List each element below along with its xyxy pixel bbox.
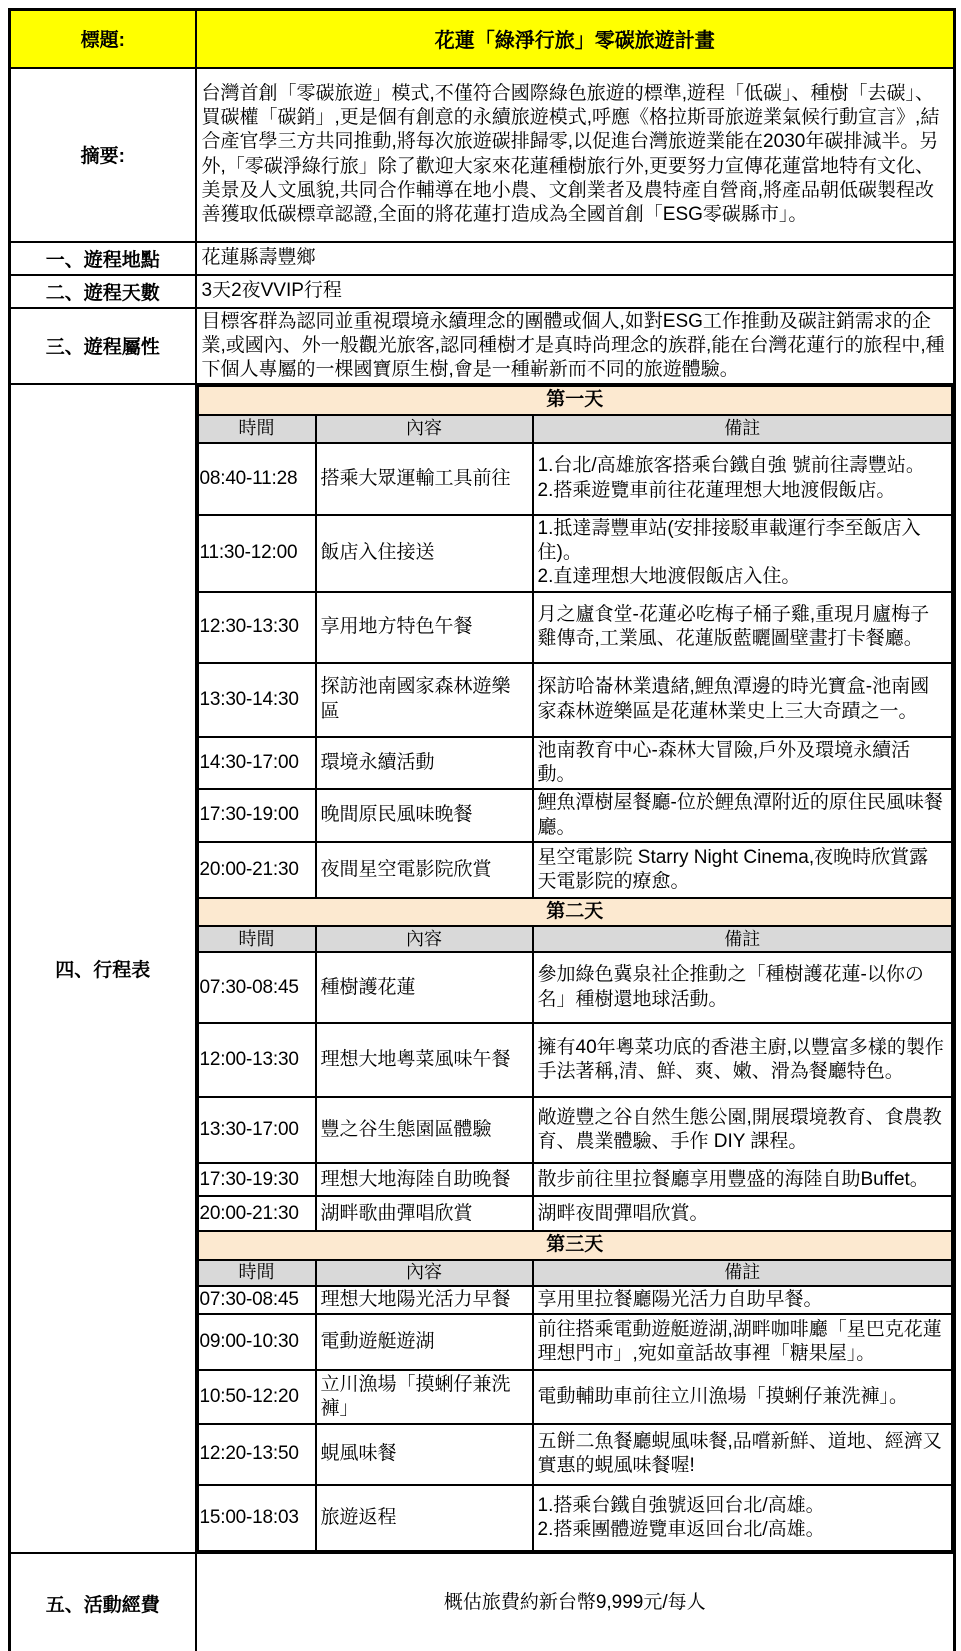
- note-cell: 敞遊豐之谷自然生態公園,開展環境教育、食農教育、農業體驗、手作 DIY 課程。: [533, 1097, 953, 1163]
- note-cell: 鯉魚潭樹屋餐廳-位於鯉魚潭附近的原住民風味餐廳。: [533, 789, 953, 842]
- column-header-time: 時間: [198, 415, 316, 443]
- day-banner: 第二天: [198, 898, 953, 926]
- time-cell: 12:30-13:30: [198, 592, 316, 663]
- note-cell: 1.搭乘台鐵自強號返回台北/高雄。 2.搭乘團體遊覽車返回台北/高雄。: [533, 1485, 953, 1551]
- itinerary-row: 15:00-18:03 旅遊返程 1.搭乘台鐵自強號返回台北/高雄。 2.搭乘團…: [198, 1485, 953, 1551]
- summary-label: 摘要:: [10, 68, 196, 242]
- note-cell: 享用里拉餐廳陽光活力自助早餐。: [533, 1286, 953, 1314]
- column-header-time: 時間: [198, 1260, 316, 1286]
- document-page: 標題: 花蓮「綠淨行旅」零碳旅遊計畫 摘要: 台灣首創「零碳旅遊」模式,不僅符合…: [0, 0, 961, 1651]
- note-cell: 參加綠色冀泉社企推動之「種樹護花蓮-以你の名」種樹還地球活動。: [533, 952, 953, 1023]
- duration-value: 3天2夜VVIP行程: [196, 275, 955, 308]
- column-header-time: 時間: [198, 926, 316, 952]
- content-cell: 理想大地陽光活力早餐: [316, 1286, 533, 1314]
- itinerary-row: 13:30-17:00 豐之谷生態園區體驗 敞遊豐之谷自然生態公園,開展環境教育…: [198, 1097, 953, 1163]
- location-row: 一、遊程地點 花蓮縣壽豐鄉: [10, 242, 955, 275]
- location-value: 花蓮縣壽豐鄉: [196, 242, 955, 275]
- note-cell: 探訪哈崙林業遺緒,鯉魚潭邊的時光寶盒-池南國家森林遊樂區是花蓮林業史上三大奇蹟之…: [533, 663, 953, 737]
- time-cell: 17:30-19:00: [198, 789, 316, 842]
- section-attribute-label: 三、遊程屬性: [10, 308, 196, 385]
- section-budget-label: 五、活動經費: [10, 1553, 196, 1651]
- section-location-label: 一、遊程地點: [10, 242, 196, 275]
- note-cell: 月之廬食堂-花蓮必吃梅子桶子雞,重現月廬梅子雞傳奇,工業風、花蓮版藍曬圖壁畫打卡…: [533, 592, 953, 663]
- section-itinerary-label: 四、行程表: [10, 384, 196, 1552]
- time-cell: 07:30-08:45: [198, 1286, 316, 1314]
- note-cell: 前往搭乘電動遊艇遊湖,湖畔咖啡廳「星巴克花蓮理想門市」,宛如童話故事裡「糖果屋」…: [533, 1314, 953, 1370]
- time-cell: 09:00-10:30: [198, 1314, 316, 1370]
- note-cell: 池南教育中心-森林大冒險,戶外及環境永續活動。: [533, 737, 953, 790]
- itinerary-row: 10:50-12:20 立川漁場「摸蜊仔兼洗褲」 電動輔助車前往立川漁場「摸蜊仔…: [198, 1370, 953, 1424]
- day-3-table: 第三天 時間 內容 備註 07:30-08:45 理想大地陽光活力早餐 享用里拉…: [197, 1230, 954, 1552]
- itinerary-row: 07:30-08:45 種樹護花蓮 參加綠色冀泉社企推動之「種樹護花蓮-以你の名…: [198, 952, 953, 1023]
- content-cell: 探訪池南國家森林遊樂區: [316, 663, 533, 737]
- content-cell: 晚間原民風味晚餐: [316, 789, 533, 842]
- day-banner: 第一天: [198, 386, 953, 414]
- content-cell: 豐之谷生態園區體驗: [316, 1097, 533, 1163]
- note-cell: 電動輔助車前往立川漁場「摸蜊仔兼洗褲」。: [533, 1370, 953, 1424]
- attribute-value: 目標客群為認同並重視環境永續理念的團體或個人,如對ESG工作推動及碳註銷需求的企…: [196, 308, 955, 385]
- time-cell: 15:00-18:03: [198, 1485, 316, 1551]
- note-cell: 湖畔夜間彈唱欣賞。: [533, 1196, 953, 1231]
- summary-row: 摘要: 台灣首創「零碳旅遊」模式,不僅符合國際綠色旅遊的標準,遊程「低碳」、種樹…: [10, 68, 955, 242]
- column-header-content: 內容: [316, 926, 533, 952]
- content-cell: 湖畔歌曲彈唱欣賞: [316, 1196, 533, 1231]
- note-cell: 五餅二魚餐廳蜆風味餐,品嚐新鮮、道地、經濟又實惠的蜆風味餐喔!: [533, 1424, 953, 1485]
- time-cell: 12:00-13:30: [198, 1023, 316, 1097]
- column-header-note: 備註: [533, 415, 953, 443]
- time-cell: 20:00-21:30: [198, 1196, 316, 1231]
- time-cell: 14:30-17:00: [198, 737, 316, 790]
- itinerary-row: 11:30-12:00 飯店入住接送 1.抵達壽豐車站(安排接駁車載運行李至飯店…: [198, 515, 953, 592]
- itinerary-row: 13:30-14:30 探訪池南國家森林遊樂區 探訪哈崙林業遺緒,鯉魚潭邊的時光…: [198, 663, 953, 737]
- content-cell: 蜆風味餐: [316, 1424, 533, 1485]
- itinerary-row: 17:30-19:00 晚間原民風味晚餐 鯉魚潭樹屋餐廳-位於鯉魚潭附近的原住民…: [198, 789, 953, 842]
- content-cell: 飯店入住接送: [316, 515, 533, 592]
- duration-row: 二、遊程天數 3天2夜VVIP行程: [10, 275, 955, 308]
- section-duration-label: 二、遊程天數: [10, 275, 196, 308]
- budget-row: 五、活動經費 概估旅費約新台幣9,999元/每人: [10, 1553, 955, 1651]
- column-header-content: 內容: [316, 415, 533, 443]
- time-cell: 13:30-17:00: [198, 1097, 316, 1163]
- itinerary-row: 17:30-19:30 理想大地海陸自助晚餐 散步前往里拉餐廳享用豐盛的海陸自助…: [198, 1163, 953, 1196]
- day-1-table: 第一天 時間 內容 備註 08:40-11:28 搭乘大眾運輸工具前往 1.台北…: [197, 385, 954, 899]
- content-cell: 搭乘大眾運輸工具前往: [316, 443, 533, 515]
- time-cell: 20:00-21:30: [198, 842, 316, 898]
- document-table: 標題: 花蓮「綠淨行旅」零碳旅遊計畫 摘要: 台灣首創「零碳旅遊」模式,不僅符合…: [8, 8, 956, 1651]
- content-cell: 旅遊返程: [316, 1485, 533, 1551]
- time-cell: 08:40-11:28: [198, 443, 316, 515]
- budget-value: 概估旅費約新台幣9,999元/每人: [196, 1553, 955, 1651]
- time-cell: 17:30-19:30: [198, 1163, 316, 1196]
- column-header-note: 備註: [533, 926, 953, 952]
- note-cell: 星空電影院 Starry Night Cinema,夜晚時欣賞露天電影院的療愈。: [533, 842, 953, 898]
- itinerary-row: 12:00-13:30 理想大地粵菜風味午餐 擁有40年粵菜功底的香港主廚,以豐…: [198, 1023, 953, 1097]
- note-cell: 擁有40年粵菜功底的香港主廚,以豐富多樣的製作手法著稱,清、鮮、爽、嫩、滑為餐廳…: [533, 1023, 953, 1097]
- itinerary-row: 12:20-13:50 蜆風味餐 五餅二魚餐廳蜆風味餐,品嚐新鮮、道地、經濟又實…: [198, 1424, 953, 1485]
- itinerary-content: 第一天 時間 內容 備註 08:40-11:28 搭乘大眾運輸工具前往 1.台北…: [196, 384, 955, 1552]
- time-cell: 13:30-14:30: [198, 663, 316, 737]
- itinerary-row-group: 四、行程表 第一天 時間 內容 備註: [10, 384, 955, 1552]
- day-2-table: 第二天 時間 內容 備註 07:30-08:45 種樹護花蓮 參加綠色冀泉社企推…: [197, 897, 954, 1232]
- column-header-content: 內容: [316, 1260, 533, 1286]
- day-banner: 第三天: [198, 1231, 953, 1259]
- content-cell: 夜間星空電影院欣賞: [316, 842, 533, 898]
- itinerary-row: 12:30-13:30 享用地方特色午餐 月之廬食堂-花蓮必吃梅子桶子雞,重現月…: [198, 592, 953, 663]
- title-label: 標題:: [10, 10, 196, 68]
- note-cell: 1.台北/高雄旅客搭乘台鐵自強 號前往壽豐站。 2.搭乘遊覽車前往花蓮理想大地渡…: [533, 443, 953, 515]
- content-cell: 種樹護花蓮: [316, 952, 533, 1023]
- itinerary-row: 14:30-17:00 環境永續活動 池南教育中心-森林大冒險,戶外及環境永續活…: [198, 737, 953, 790]
- title-row: 標題: 花蓮「綠淨行旅」零碳旅遊計畫: [10, 10, 955, 68]
- time-cell: 11:30-12:00: [198, 515, 316, 592]
- itinerary-row: 20:00-21:30 夜間星空電影院欣賞 星空電影院 Starry Night…: [198, 842, 953, 898]
- time-cell: 07:30-08:45: [198, 952, 316, 1023]
- page-title: 花蓮「綠淨行旅」零碳旅遊計畫: [196, 10, 955, 68]
- note-cell: 1.抵達壽豐車站(安排接駁車載運行李至飯店入住)。 2.直達理想大地渡假飯店入住…: [533, 515, 953, 592]
- time-cell: 10:50-12:20: [198, 1370, 316, 1424]
- content-cell: 理想大地海陸自助晚餐: [316, 1163, 533, 1196]
- itinerary-row: 08:40-11:28 搭乘大眾運輸工具前往 1.台北/高雄旅客搭乘台鐵自強 號…: [198, 443, 953, 515]
- itinerary-row: 20:00-21:30 湖畔歌曲彈唱欣賞 湖畔夜間彈唱欣賞。: [198, 1196, 953, 1231]
- column-header-note: 備註: [533, 1260, 953, 1286]
- time-cell: 12:20-13:50: [198, 1424, 316, 1485]
- summary-text: 台灣首創「零碳旅遊」模式,不僅符合國際綠色旅遊的標準,遊程「低碳」、種樹「去碳」…: [196, 68, 955, 242]
- content-cell: 環境永續活動: [316, 737, 533, 790]
- content-cell: 立川漁場「摸蜊仔兼洗褲」: [316, 1370, 533, 1424]
- itinerary-row: 09:00-10:30 電動遊艇遊湖 前往搭乘電動遊艇遊湖,湖畔咖啡廳「星巴克花…: [198, 1314, 953, 1370]
- attribute-row: 三、遊程屬性 目標客群為認同並重視環境永續理念的團體或個人,如對ESG工作推動及…: [10, 308, 955, 385]
- note-cell: 散步前往里拉餐廳享用豐盛的海陸自助Buffet。: [533, 1163, 953, 1196]
- content-cell: 享用地方特色午餐: [316, 592, 533, 663]
- content-cell: 電動遊艇遊湖: [316, 1314, 533, 1370]
- itinerary-row: 07:30-08:45 理想大地陽光活力早餐 享用里拉餐廳陽光活力自助早餐。: [198, 1286, 953, 1314]
- content-cell: 理想大地粵菜風味午餐: [316, 1023, 533, 1097]
